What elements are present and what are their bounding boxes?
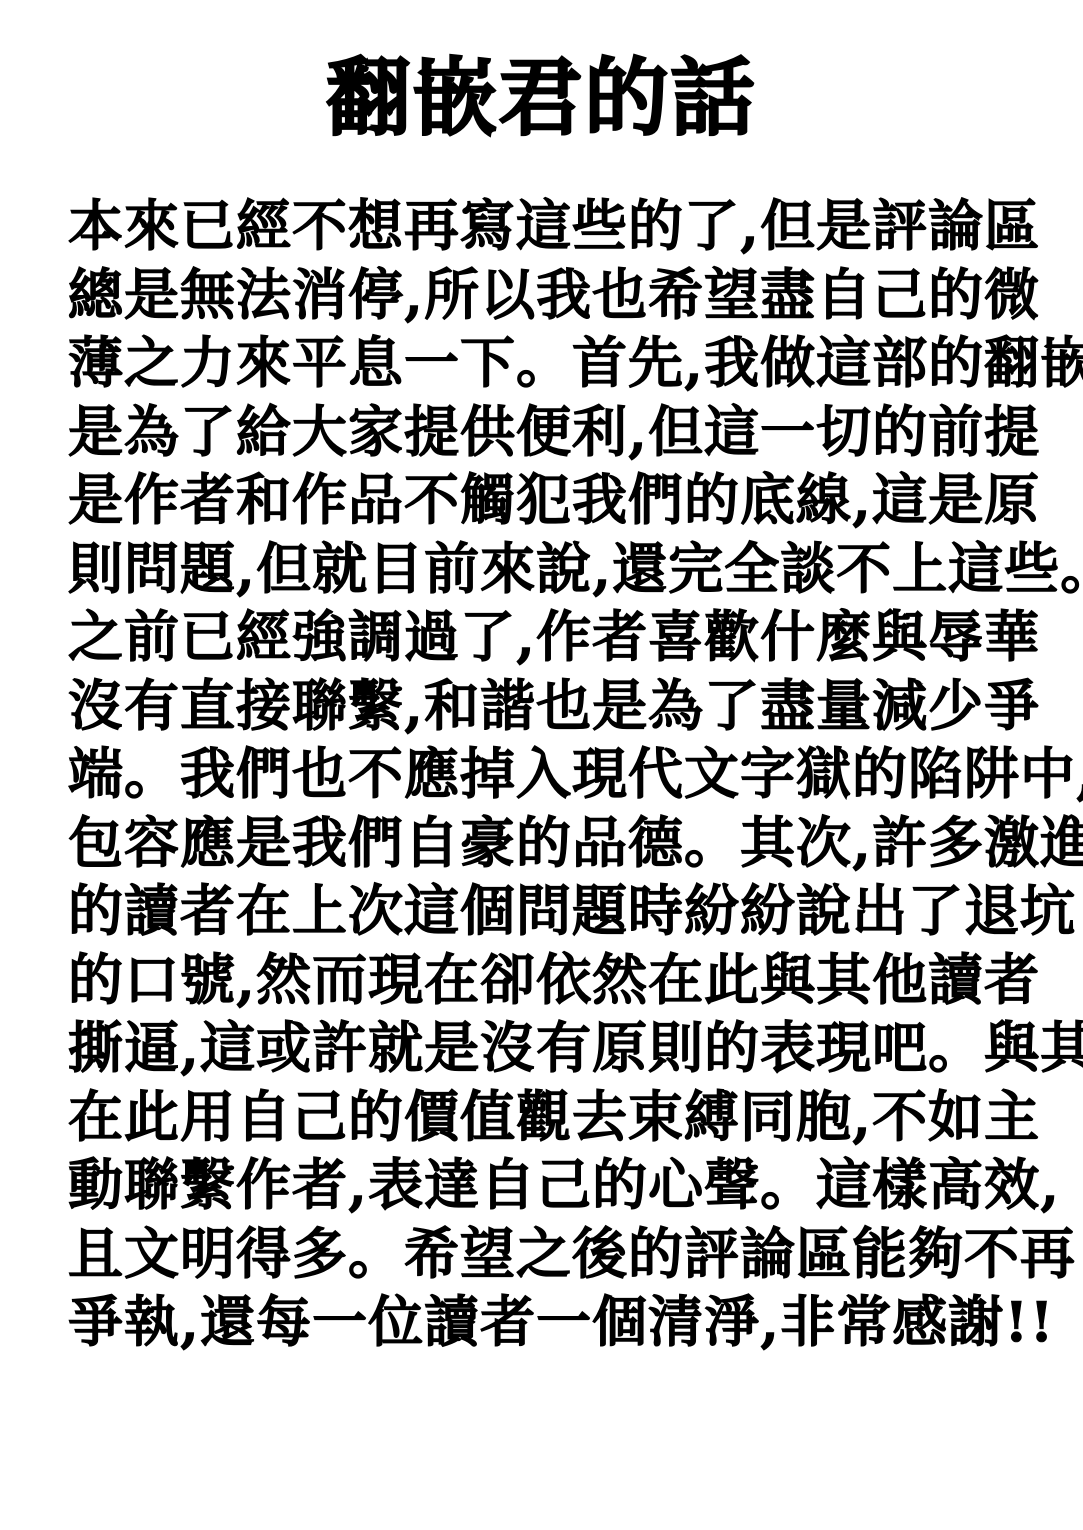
- text-line: 薄之力來平息一下。首先,我做這部的翻嵌: [68, 329, 1058, 398]
- text-line: 之前已經強調過了,作者喜歡什麼與辱華: [68, 603, 1058, 672]
- text-line: 沒有直接聯繫,和諧也是為了盡量減少爭: [68, 672, 1058, 741]
- text-line: 包容應是我們自豪的品德。其次,許多激進: [68, 809, 1058, 878]
- text-line: 是作者和作品不觸犯我們的底線,這是原: [68, 466, 1058, 535]
- text-line: 的口號,然而現在卻依然在此與其他讀者: [68, 946, 1058, 1015]
- text-line: 本來已經不想再寫這些的了,但是評論區: [68, 192, 1058, 261]
- page-title: 翻嵌君的話: [0, 50, 1083, 146]
- text-line: 總是無法消停,所以我也希望盡自己的微: [68, 261, 1058, 330]
- text-line: 則問題,但就目前來說,還完全談不上這些。: [68, 535, 1058, 604]
- document-page: 翻嵌君的話 本來已經不想再寫這些的了,但是評論區 總是無法消停,所以我也希望盡自…: [0, 0, 1083, 1530]
- text-line: 動聯繫作者,表達自己的心聲。這樣高效,: [68, 1151, 1058, 1220]
- message-body: 本來已經不想再寫這些的了,但是評論區 總是無法消停,所以我也希望盡自己的微 薄之…: [68, 192, 1058, 1357]
- text-line: 在此用自己的價值觀去束縛同胞,不如主: [68, 1083, 1058, 1152]
- text-line: 的讀者在上次這個問題時紛紛說出了退坑: [68, 877, 1058, 946]
- text-line: 是為了給大家提供便利,但這一切的前提: [68, 398, 1058, 467]
- text-line: 且文明得多。希望之後的評論區能夠不再: [68, 1220, 1058, 1289]
- text-line: 撕逼,這或許就是沒有原則的表現吧。與其: [68, 1014, 1058, 1083]
- text-line: 端。我們也不應掉入現代文字獄的陷阱中,: [68, 740, 1058, 809]
- text-line: 爭執,還每一位讀者一個清淨,非常感謝!!: [68, 1288, 1058, 1357]
